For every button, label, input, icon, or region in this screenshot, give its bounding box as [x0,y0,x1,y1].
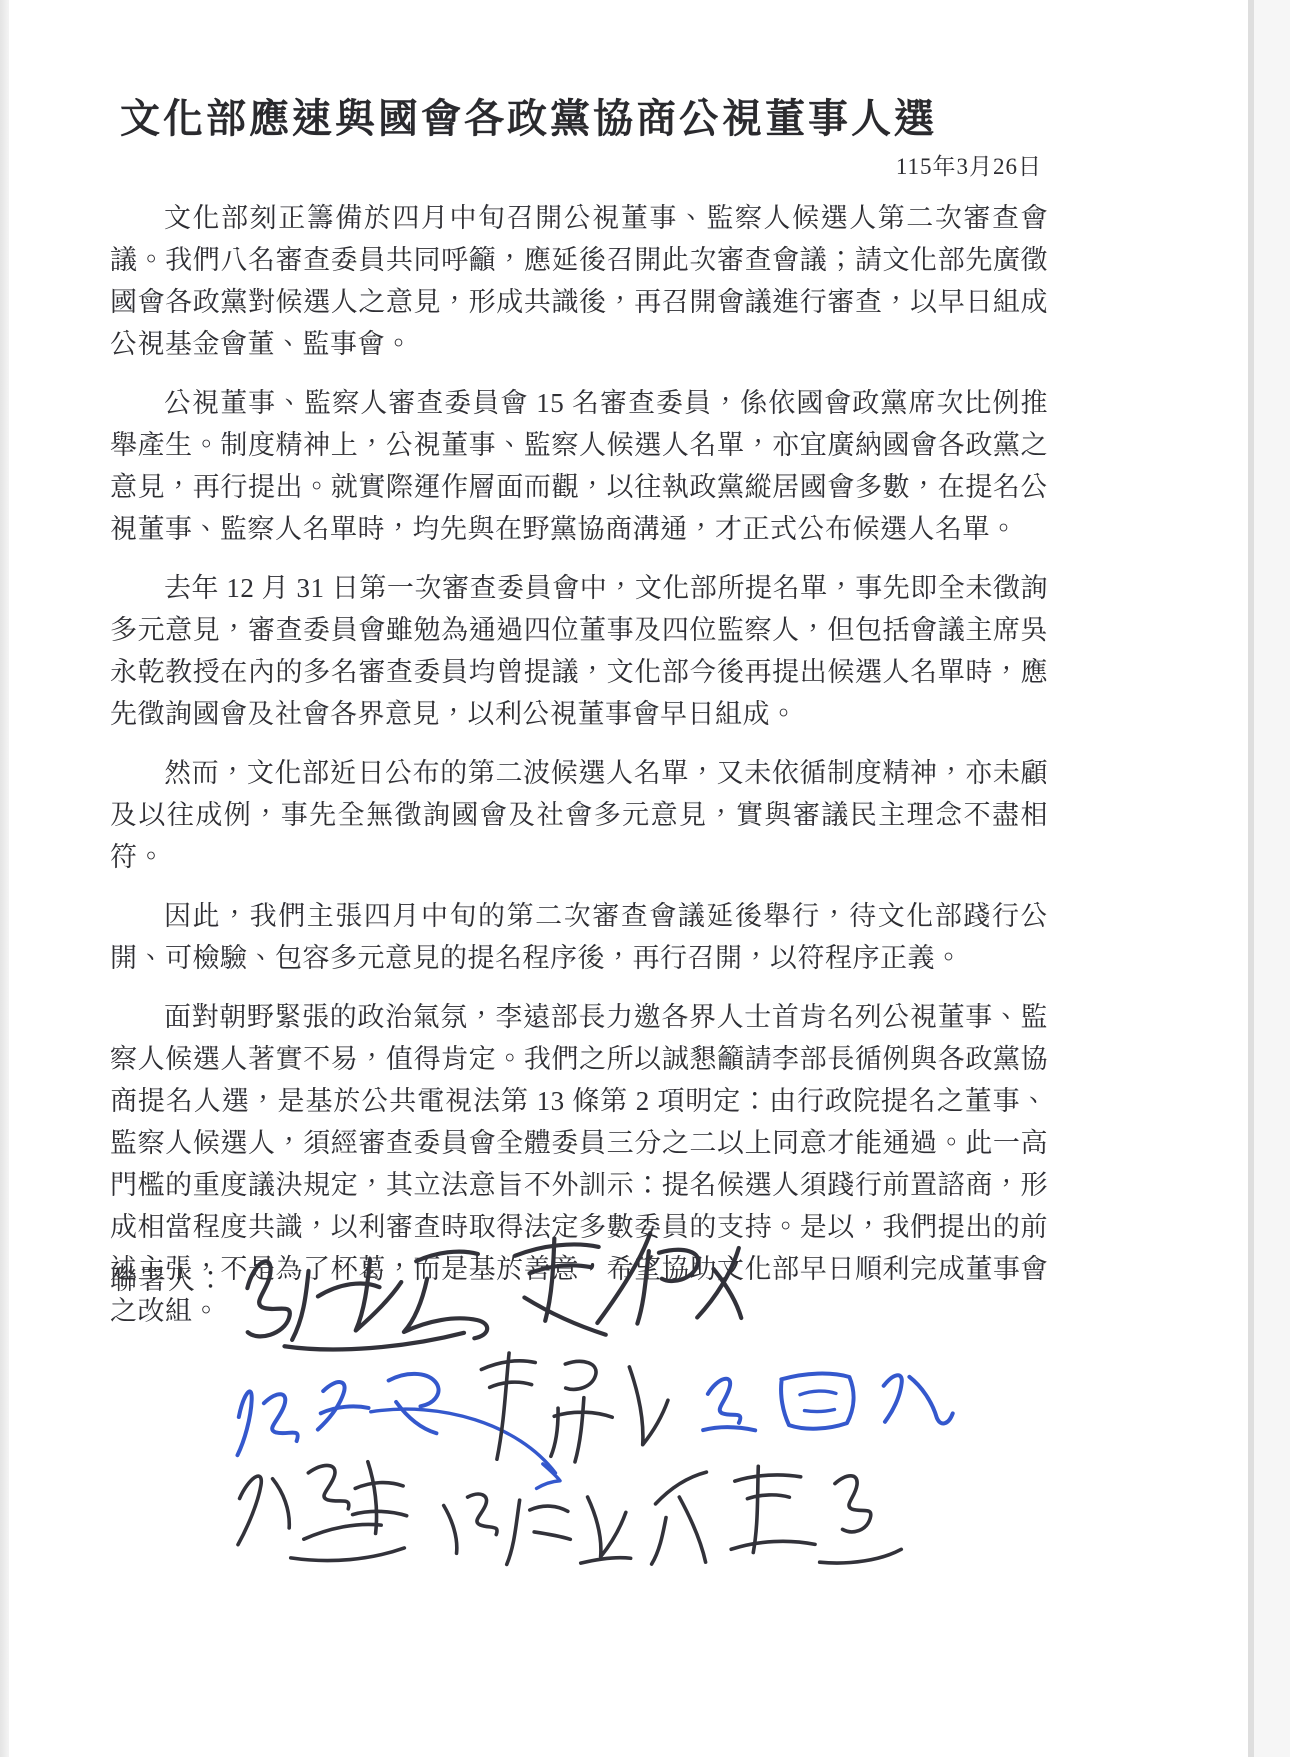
scan-edge-margin [1254,0,1290,1757]
document-title: 文化部應速與國會各政黨協商公視董事人選 [120,96,1048,142]
paragraph-5: 因此，我們主張四月中旬的第二次審查會議延後舉行，待文化部踐行公開、可檢驗、包容多… [110,895,1048,979]
document-date: 115年3月26日 [110,148,1042,181]
signature-5 [686,1343,954,1447]
signature-2 [498,1218,752,1352]
letter-body: 文化部應速與國會各政黨協商公視董事人選 115年3月26日 文化部刻正籌備於四月… [110,0,1048,1349]
scanned-letter-page: 文化部應速與國會各政黨協商公視董事人選 115年3月26日 文化部刻正籌備於四月… [0,0,1290,1757]
paragraph-4: 然而，文化部近日公布的第二波候選人名單，又未依循制度精神，亦未顧及以往成例，事先… [110,752,1048,878]
co-signers-label: 聯署人： [110,1258,226,1297]
paragraph-2: 公視董事、監察人審查委員會 15 名審查委員，係依國會政黨席次比例推舉產生。制度… [110,382,1048,550]
signature-8 [630,1443,905,1587]
paragraph-3: 去年 12 月 31 日第一次審查委員會中，文化部所提名單，事先即全未徵詢多元意… [110,567,1048,735]
scan-edge-left [0,0,9,1757]
signature-7 [427,1466,634,1578]
signature-6 [214,1426,436,1582]
paragraph-1: 文化部刻正籌備於四月中旬召開公視董事、監察人候選人第二次審查會議。我們八名審查委… [110,197,1048,365]
